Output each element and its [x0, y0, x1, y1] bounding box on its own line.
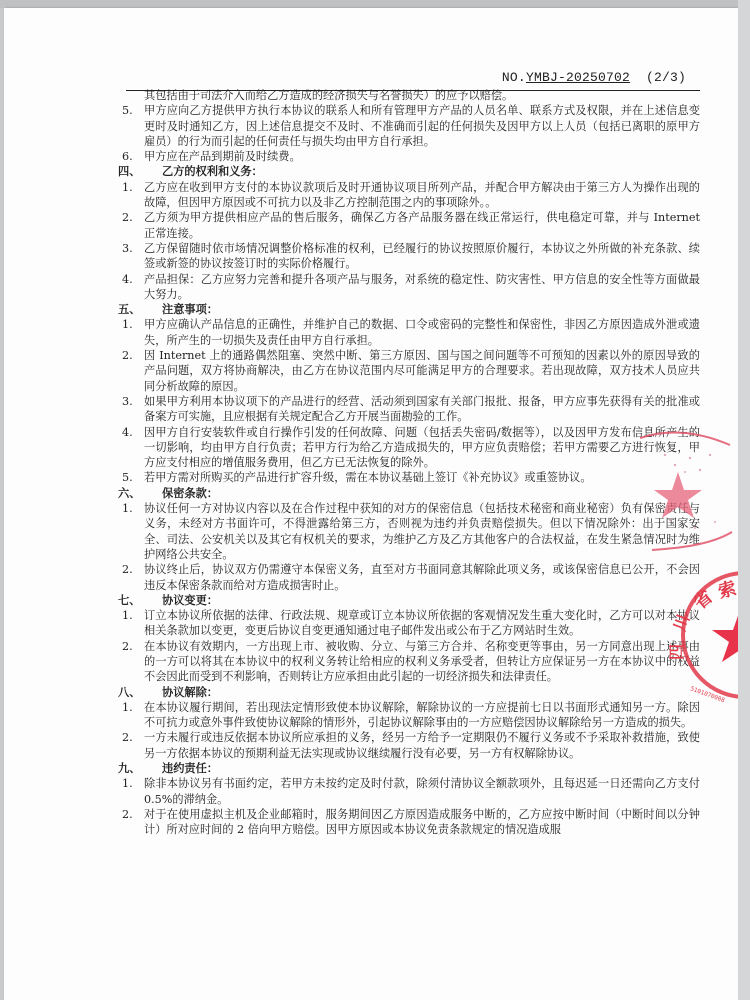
list-item: 2.乙方须为甲方提供相应产品的售后服务，确保乙方各产品服务器在线正常运行，供电稳…	[118, 210, 700, 241]
page-right-edge	[738, 0, 750, 1000]
list-item: 4.产品担保：乙方应努力完善和提升各项产品与服务，对系统的稳定性、防灾害性、甲方…	[118, 272, 700, 303]
list-item: 6. 甲方应在产品到期前及时续费。	[118, 149, 700, 164]
lead-continuation: 其包括由于司法介入而给乙方造成的经济损失与名誉损失）的应予以赔偿。	[118, 88, 700, 103]
list-item: 5. 甲方应向乙方提供甲方执行本协议的联系人和所有管理甲方产品的人员名单、联系方…	[118, 103, 700, 149]
scanner-top-border	[0, 0, 750, 8]
list-item: 3.如果甲方利用本协议项下的产品进行的经营、活动须到国家有关部门报批、报备，甲方…	[118, 394, 700, 425]
page-indicator: (2/3)	[646, 70, 686, 85]
list-item: 2.一方未履行或违反依据本协议所应承担的义务，经另一方给予一定期限仍不履行义务或…	[118, 730, 700, 761]
section-heading-notes: 五、 注意事项：	[118, 302, 700, 317]
doc-no-prefix: NO.	[502, 70, 526, 85]
list-item: 5.若甲方需对所购买的产品进行扩容升级，需在本协议基础上签订《补充协议》或重签协…	[118, 470, 700, 485]
section-heading-termination: 八、 协议解除：	[118, 685, 700, 700]
list-item: 2.因 Internet 上的通路偶然阻塞、突然中断、第三方原因、国与国之间问题…	[118, 348, 700, 394]
section-heading-liability: 九、 违约责任：	[118, 761, 700, 776]
list-item: 2.协议终止后，协议双方仍需遵守本保密义务，直至对方书面同意其解除此项义务，或该…	[118, 562, 700, 593]
list-item: 1.甲方应确认产品信息的正确性，并维护自己的数据、口令或密码的完整性和保密性，非…	[118, 317, 700, 348]
section-heading-amendment: 七、 协议变更：	[118, 593, 700, 608]
document-number: NO.YMBJ-20250702 (2/3)	[502, 70, 686, 85]
list-item: 1.除非本协议另有书面约定，若甲方未按约定及时付款，除须付清协议全额款项外，且每…	[118, 776, 700, 807]
list-item: 4.因甲方自行安装软件或自行操作引发的任何故障、问题（包括丢失密码/数据等），以…	[118, 425, 700, 471]
contract-body: 其包括由于司法介入而给乙方造成的经济损失与名誉损失）的应予以赔偿。 5. 甲方应…	[118, 88, 700, 838]
list-item: 1.协议任何一方对协议内容以及在合作过程中获知的对方的保密信息（包括技术秘密和商…	[118, 501, 700, 562]
list-item: 2.对于在使用虚拟主机及企业邮箱时，服务期间因乙方原因造成服务中断的，乙方应按中…	[118, 807, 700, 838]
list-item: 1.订立本协议所依据的法律、行政法规、规章或订立本协议所依据的客观情况发生重大变…	[118, 608, 700, 639]
doc-no-value: YMBJ-20250702	[526, 70, 630, 85]
list-item: 2.在本协议有效期内，一方出现上市、被收购、分立、与第三方合并、名称变更等事由，…	[118, 639, 700, 685]
list-item: 1.在本协议履行期间，若出现法定情形致使本协议解除，解除协议的一方应提前七日以书…	[118, 700, 700, 731]
list-item: 1.乙方应在收到甲方支付的本协议款项后及时开通协议项目所列产品，并配合甲方解决由…	[118, 180, 700, 211]
section-heading-confidentiality: 六、 保密条款：	[118, 486, 700, 501]
section-heading-rights-obligations: 四、 乙方的权利和义务：	[118, 164, 700, 179]
list-item: 3.乙方保留随时依市场情况调整价格标准的权利，已经履行的协议按照原价履行，本协议…	[118, 241, 700, 272]
